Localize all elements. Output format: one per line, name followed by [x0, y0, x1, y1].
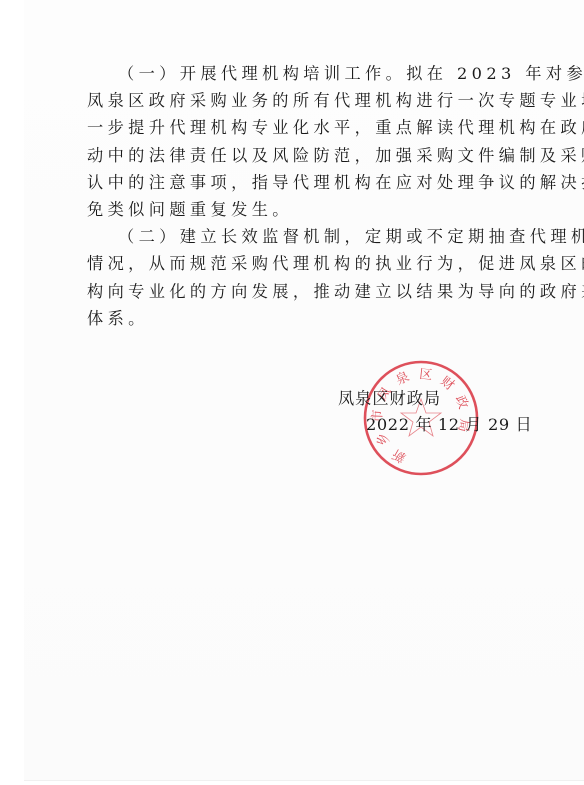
document-body: （一）开展代理机构培训工作。拟在 2023 年对参与 2022 年 凤泉区政府采… [87, 60, 505, 332]
paragraph-item-1: （一）开展代理机构培训工作。拟在 2023 年对参与 2022 年 凤泉区政府采… [87, 60, 505, 223]
text-line: （一）开展代理机构培训工作。拟在 2023 年对参与 2022 年 [87, 60, 505, 87]
text-line: 认中的注意事项，指导代理机构在应对处理争议的解决措施，避 [87, 169, 505, 196]
stamp-char: 新 [390, 445, 409, 464]
text-line: 凤泉区政府采购业务的所有代理机构进行一次专题专业培训，进 [87, 87, 505, 114]
text-line: 体系。 [87, 305, 505, 332]
stamp-char: 政 [452, 394, 471, 412]
text-line: 构向专业化的方向发展，推动建立以结果为导向的政府采购监管 [87, 278, 505, 305]
text-line: 一步提升代理机构专业化水平，重点解读代理机构在政府采购活 [87, 114, 505, 141]
paragraph-item-2: （二）建立长效监督机制，定期或不定期抽查代理机构执业 情况，从而规范采购代理机构… [87, 223, 505, 332]
signature-date: 2022 年 12 月 29 日 [366, 411, 532, 435]
text-line: 免类似问题重复发生。 [87, 196, 505, 223]
text-line: （二）建立长效监督机制，定期或不定期抽查代理机构执业 [87, 223, 505, 250]
text-line: 情况，从而规范采购代理机构的执业行为，促进凤泉区的代理机 [87, 250, 505, 277]
text-line: 动中的法律责任以及风险防范，加强采购文件编制及采购需求确 [87, 142, 505, 169]
stamp-char: 区 [418, 367, 433, 383]
signature-organization: 凤泉区财政局 [338, 385, 441, 409]
